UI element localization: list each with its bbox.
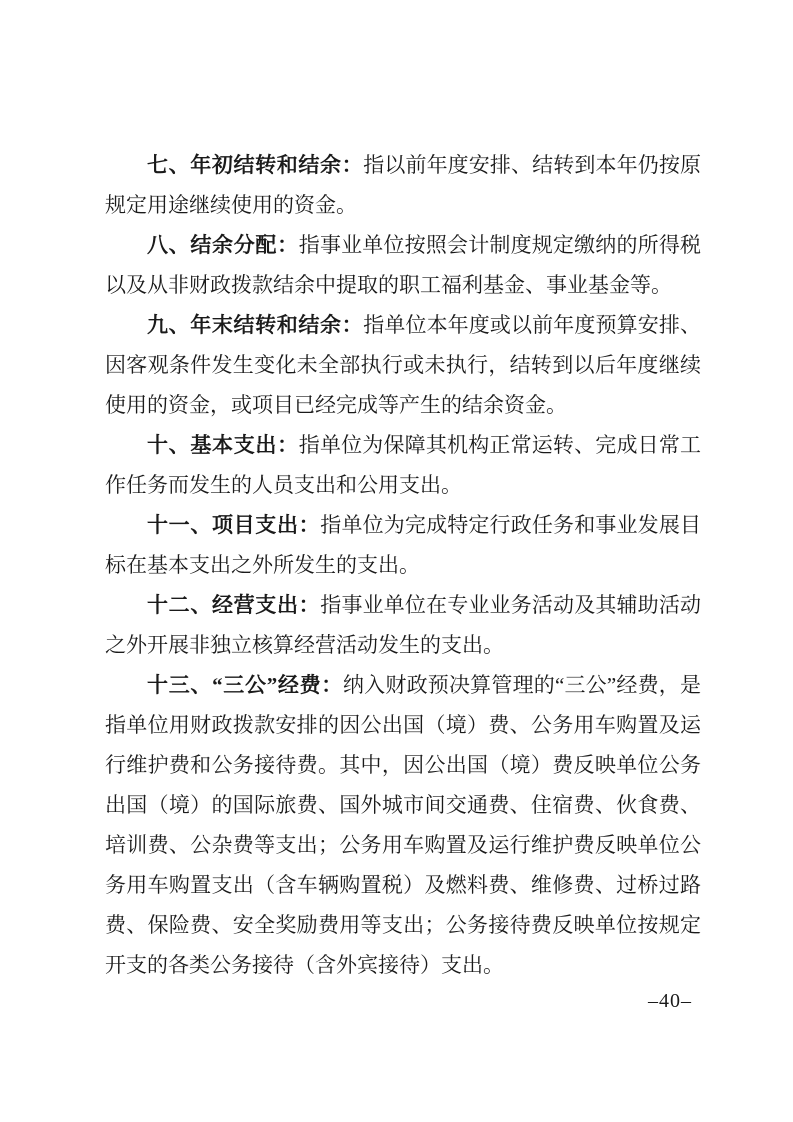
- term-definition: 纳入财政预决算管理的“三公”经费，是指单位用财政拨款安排的因公出国（境）费、公务…: [105, 673, 701, 977]
- term-label: 八、结余分配：: [147, 233, 299, 257]
- definitions-text-block: 七、年初结转和结余：指以前年度安排、结转到本年仍按原规定用途继续使用的资金。 八…: [105, 145, 701, 985]
- term-label: 十二、经营支出：: [147, 593, 320, 617]
- definition-paragraph: 九、年末结转和结余：指单位本年度或以前年度预算安排、因客观条件发生变化未全部执行…: [105, 305, 701, 425]
- term-label: 十一、项目支出：: [147, 513, 320, 537]
- document-page: 七、年初结转和结余：指以前年度安排、结转到本年仍按原规定用途继续使用的资金。 八…: [0, 0, 793, 1122]
- term-label: 十三、“三公”经费：: [147, 673, 343, 697]
- definition-paragraph: 七、年初结转和结余：指以前年度安排、结转到本年仍按原规定用途继续使用的资金。: [105, 145, 701, 225]
- term-label: 九、年末结转和结余：: [147, 313, 363, 337]
- definition-paragraph: 十三、“三公”经费：纳入财政预决算管理的“三公”经费，是指单位用财政拨款安排的因…: [105, 665, 701, 985]
- definition-paragraph: 八、结余分配：指事业单位按照会计制度规定缴纳的所得税以及从非财政拨款结余中提取的…: [105, 225, 701, 305]
- definition-paragraph: 十二、经营支出：指事业单位在专业业务活动及其辅助活动之外开展非独立核算经营活动发…: [105, 585, 701, 665]
- page-number: –40–: [648, 990, 692, 1013]
- definition-paragraph: 十、基本支出：指单位为保障其机构正常运转、完成日常工作任务而发生的人员支出和公用…: [105, 425, 701, 505]
- definition-paragraph: 十一、项目支出：指单位为完成特定行政任务和事业发展目标在基本支出之外所发生的支出…: [105, 505, 701, 585]
- term-label: 七、年初结转和结余：: [147, 153, 363, 177]
- term-label: 十、基本支出：: [147, 433, 299, 457]
